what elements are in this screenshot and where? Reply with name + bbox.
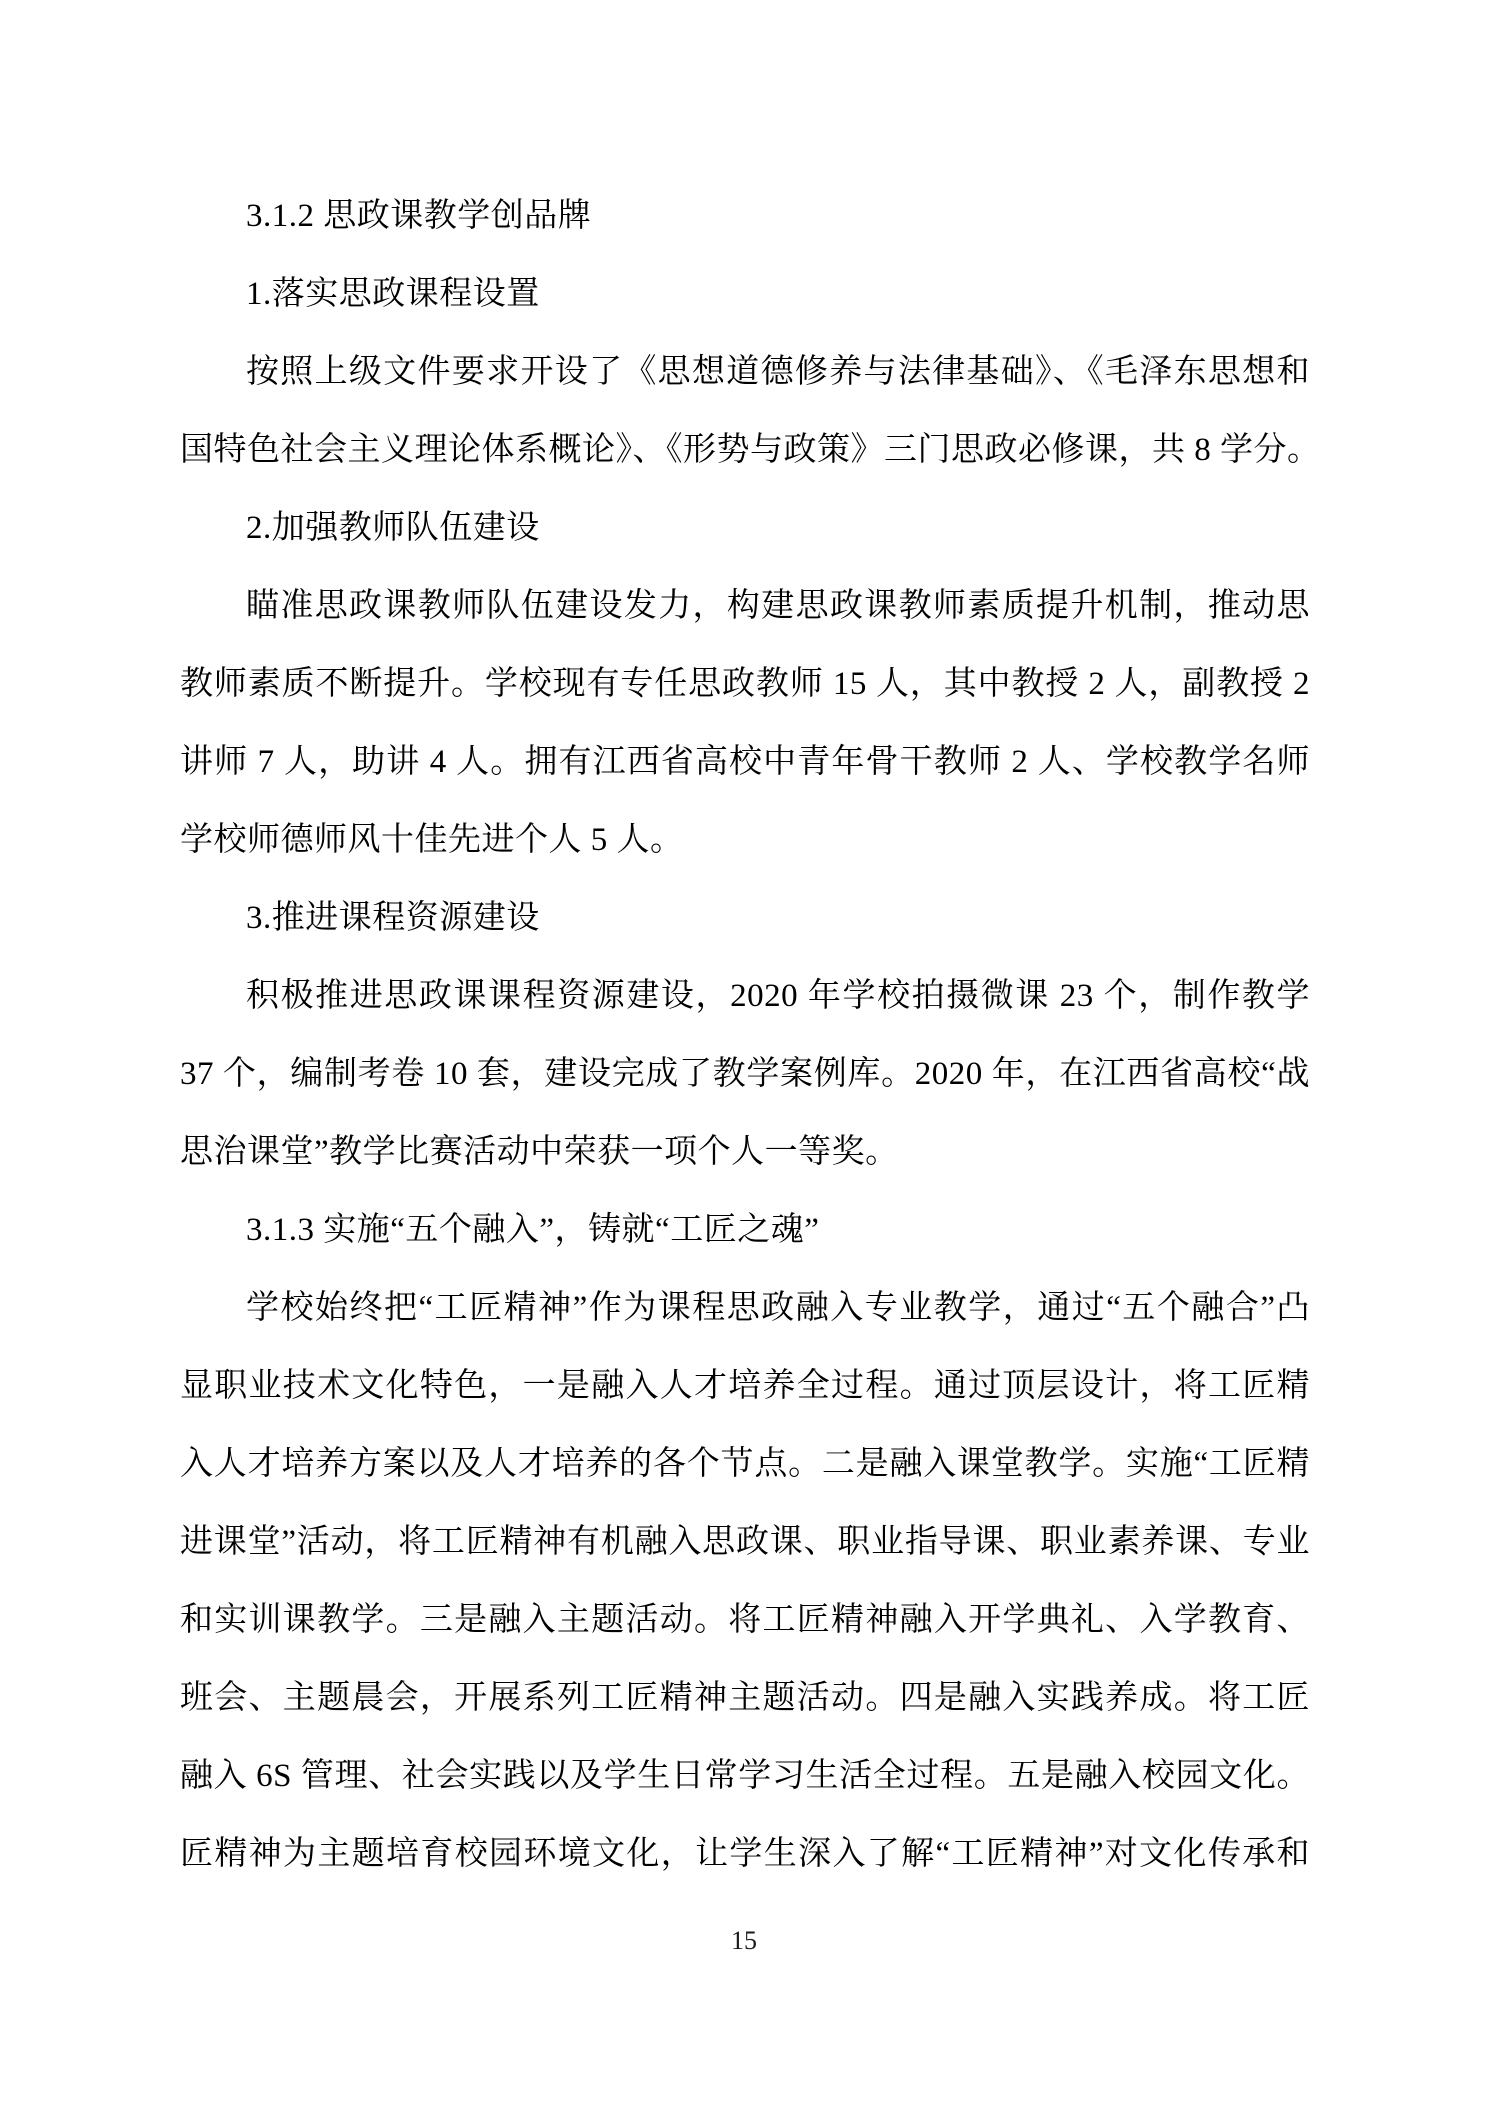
text-line: 思治课堂”教学比赛活动中荣获一项个人一等奖。	[180, 1113, 1310, 1191]
text-line: 教师素质不断提升。学校现有专任思政教师 15 人，其中教授 2 人，副教授 2 …	[180, 645, 1310, 723]
text-line: 融入 6S 管理、社会实践以及学生日常学习生活全过程。五是融入校园文化。以工	[180, 1737, 1310, 1815]
paragraph-course-setup: 按照上级文件要求开设了《思想道德修养与法律基础》、《毛泽东思想和中国特色社会主义…	[180, 333, 1310, 489]
subheading-1: 1.落实思政课程设置	[180, 255, 1310, 333]
paragraph-course-resources: 积极推进思政课课程资源建设，2020 年学校拍摄微课 23 个，制作教学课件37…	[180, 957, 1310, 1191]
text-line: 学校始终把“工匠精神”作为课程思政融入专业教学，通过“五个融合”凸	[180, 1269, 1310, 1347]
text-line: 班会、主题晨会，开展系列工匠精神主题活动。四是融入实践养成。将工匠精神	[180, 1659, 1310, 1737]
text-line: 讲师 7 人，助讲 4 人。拥有江西省高校中青年骨干教师 2 人、学校教学名师 …	[180, 723, 1310, 801]
text-line: 入人才培养方案以及人才培养的各个节点。二是融入课堂教学。实施“工匠精神	[180, 1425, 1310, 1503]
text-line: 1.落实思政课程设置	[180, 255, 1310, 333]
text-line: 匠精神为主题培育校园环境文化，让学生深入了解“工匠精神”对文化传承和社	[180, 1815, 1310, 1893]
text-line: 瞄准思政课教师队伍建设发力，构建思政课教师素质提升机制，推动思政课	[180, 567, 1310, 645]
text-line: 37 个，编制考卷 10 套，建设完成了教学案例库。2020 年，在江西省高校“…	[180, 1035, 1310, 1113]
text-line: 显职业技术文化特色，一是融入人才培养全过程。通过顶层设计，将工匠精神融	[180, 1347, 1310, 1425]
text-line: 按照上级文件要求开设了《思想道德修养与法律基础》、《毛泽东思想和中	[180, 333, 1310, 411]
section-heading-3-1-3: 3.1.3 实施“五个融入”，铸就“工匠之魂”	[180, 1191, 1310, 1269]
text-line: 3.1.3 实施“五个融入”，铸就“工匠之魂”	[180, 1191, 1310, 1269]
document-body: 3.1.2 思政课教学创品牌1.落实思政课程设置按照上级文件要求开设了《思想道德…	[180, 177, 1310, 1893]
text-line: 3.推进课程资源建设	[180, 879, 1310, 957]
text-line: 国特色社会主义理论体系概论》、《形势与政策》三门思政必修课，共 8 学分。	[180, 411, 1310, 489]
paragraph-teacher-team: 瞄准思政课教师队伍建设发力，构建思政课教师素质提升机制，推动思政课教师素质不断提…	[180, 567, 1310, 879]
document-page: 3.1.2 思政课教学创品牌1.落实思政课程设置按照上级文件要求开设了《思想道德…	[0, 0, 1488, 2105]
section-heading-3-1-2: 3.1.2 思政课教学创品牌	[180, 177, 1310, 255]
text-line: 积极推进思政课课程资源建设，2020 年学校拍摄微课 23 个，制作教学课件	[180, 957, 1310, 1035]
subheading-3: 3.推进课程资源建设	[180, 879, 1310, 957]
paragraph-five-integrations: 学校始终把“工匠精神”作为课程思政融入专业教学，通过“五个融合”凸显职业技术文化…	[180, 1269, 1310, 1893]
text-line: 和实训课教学。三是融入主题活动。将工匠精神融入开学典礼、入学教育、主题	[180, 1581, 1310, 1659]
text-line: 2.加强教师队伍建设	[180, 489, 1310, 567]
text-line: 3.1.2 思政课教学创品牌	[180, 177, 1310, 255]
page-number: 15	[0, 1924, 1488, 1958]
subheading-2: 2.加强教师队伍建设	[180, 489, 1310, 567]
text-line: 进课堂”活动，将工匠精神有机融入思政课、职业指导课、职业素养课、专业课	[180, 1503, 1310, 1581]
text-line: 学校师德师风十佳先进个人 5 人。	[180, 801, 1310, 879]
